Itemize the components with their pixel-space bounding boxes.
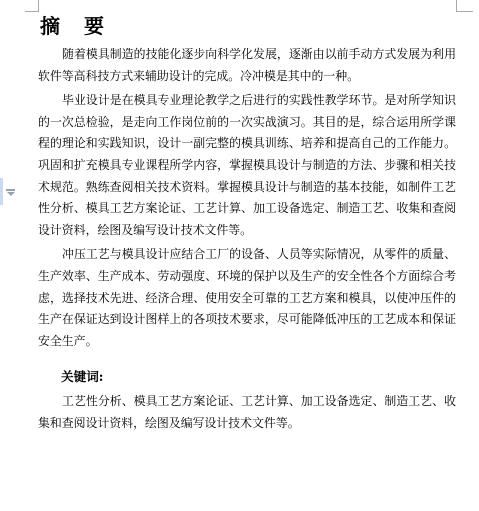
text-boundary-mark-top-left (25, 0, 39, 12)
text-line: 设计资料，绘图及编写设计技术文件等。 (38, 220, 456, 242)
abstract-paragraph-3: 冲压工艺与模具设计应结合工厂的设备、人员等实际情况，从零件的质量、 生产效率、生… (38, 244, 456, 352)
text-line: 术规范。熟练查阅相关技术资料。掌握模具设计与制造的基本技能，如制件工艺 (38, 177, 456, 199)
keywords-heading: 关键词: (38, 366, 456, 388)
text-boundary-mark-top-right (456, 0, 473, 12)
text-line: 生产效率、生产成本、劳动强度、环境的保护以及生产的安全性各个方面综合考 (38, 266, 456, 288)
dropdown-arrow-icon[interactable] (6, 189, 15, 196)
text-line: 性分析、模具工艺方案论证、工艺计算、加工设备选定、制造工艺、收集和查阅 (38, 198, 456, 220)
text-line: 软件等高科技方式来辅助设计的完成。冷冲模是其中的一种。 (38, 66, 456, 88)
keywords-paragraph: 工艺性分析、模具工艺方案论证、工艺计算、加工设备选定、制造工艺、收 集和查阅设计… (38, 391, 456, 434)
text-line: 程的理论和实践知识，设计一副完整的模具训练、培养和提高自己的工作能力。 (38, 133, 456, 155)
left-margin-strip (0, 178, 3, 205)
abstract-paragraph-2: 毕业设计是在模具专业理论教学之后进行的实践性教学环节。是对所学知识 的一次总检验… (38, 90, 456, 241)
text-line: 安全生产。 (38, 331, 456, 353)
text-line: 毕业设计是在模具专业理论教学之后进行的实践性教学环节。是对所学知识 (38, 90, 456, 112)
document-page: 摘 要 随着模具制造的技能化逐步向科学化发展，逐渐由以前手动方式发展为利用 软件… (0, 0, 479, 511)
abstract-content: 摘 要 随着模具制造的技能化逐步向科学化发展，逐渐由以前手动方式发展为利用 软件… (38, 12, 456, 437)
text-line: 冲压工艺与模具设计应结合工厂的设备、人员等实际情况，从零件的质量、 (38, 244, 456, 266)
abstract-paragraph-1: 随着模具制造的技能化逐步向科学化发展，逐渐由以前手动方式发展为利用 软件等高科技… (38, 44, 456, 87)
text-line: 工艺性分析、模具工艺方案论证、工艺计算、加工设备选定、制造工艺、收 (38, 391, 456, 413)
text-line: 随着模具制造的技能化逐步向科学化发展，逐渐由以前手动方式发展为利用 (38, 44, 456, 66)
text-line: 巩固和扩充模具专业课程所学内容，掌握模具设计与制造的方法、步骤和相关技 (38, 155, 456, 177)
text-line: 生产在保证达到设计图样上的各项技术要求，尽可能降低冲压的工艺成本和保证 (38, 309, 456, 331)
text-line: 虑，选择技术先进、经济合理、使用安全可靠的工艺方案和模具，以使冲压件的 (38, 288, 456, 310)
abstract-title: 摘 要 (38, 12, 456, 40)
text-line: 的一次总检验，是走向工作岗位前的一次实战演习。其目的是，综合运用所学课 (38, 112, 456, 134)
text-line: 集和查阅设计资料，绘图及编写设计技术文件等。 (38, 413, 456, 435)
